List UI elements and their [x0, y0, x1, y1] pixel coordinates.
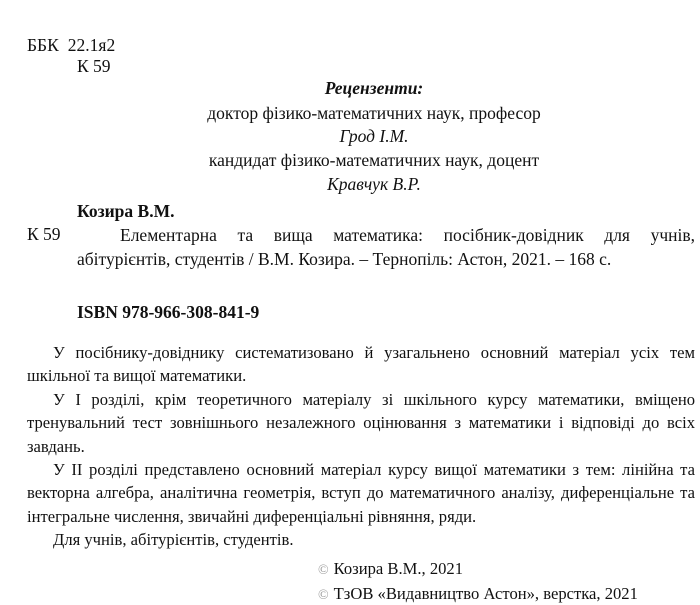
- bibliographic-description: Елементарна та вища математика: посібник…: [77, 224, 695, 271]
- reviewers-heading: Рецензенти:: [150, 78, 598, 99]
- record-author-sign: К 59: [27, 224, 61, 245]
- copyright-line: ©Козира В.М., 2021: [318, 557, 638, 582]
- record-author: Козира В.М.: [77, 201, 174, 222]
- abstract-paragraph: У ІІ розділі представлено основний матер…: [27, 458, 695, 528]
- abstract: У посібнику-довіднику систематизовано й …: [27, 341, 695, 552]
- copyright-icon: ©: [318, 559, 329, 582]
- reviewer-1-degree: доктор фізико-математичних наук, професо…: [150, 103, 598, 124]
- bbk-classification: ББК22.1я2: [27, 35, 115, 56]
- author-sign-top: К 59: [77, 56, 111, 77]
- bbk-code: 22.1я2: [68, 35, 115, 55]
- reviewer-2-name: Кравчук В.Р.: [150, 174, 598, 195]
- reviewer-1-name: Грод І.М.: [150, 126, 598, 147]
- abstract-paragraph: У І розділі, крім теоретичного матеріалу…: [27, 388, 695, 458]
- copyright-text: Козира В.М., 2021: [334, 559, 463, 578]
- abstract-paragraph: У посібнику-довіднику систематизовано й …: [27, 341, 695, 388]
- copyright-icon: ©: [318, 584, 329, 605]
- abstract-paragraph: Для учнів, абітурієнтів, студентів.: [27, 528, 695, 551]
- bbk-label: ББК: [27, 35, 59, 55]
- isbn: ISBN 978-966-308-841-9: [77, 302, 259, 323]
- reviewer-2-degree: кандидат фізико-математичних наук, доцен…: [150, 150, 598, 171]
- copyright-block: ©Козира В.М., 2021 ©ТзОВ «Видавництво Ас…: [318, 557, 638, 605]
- copyright-line: ©ТзОВ «Видавництво Астон», верстка, 2021: [318, 582, 638, 605]
- copyright-text: ТзОВ «Видавництво Астон», верстка, 2021: [334, 584, 638, 603]
